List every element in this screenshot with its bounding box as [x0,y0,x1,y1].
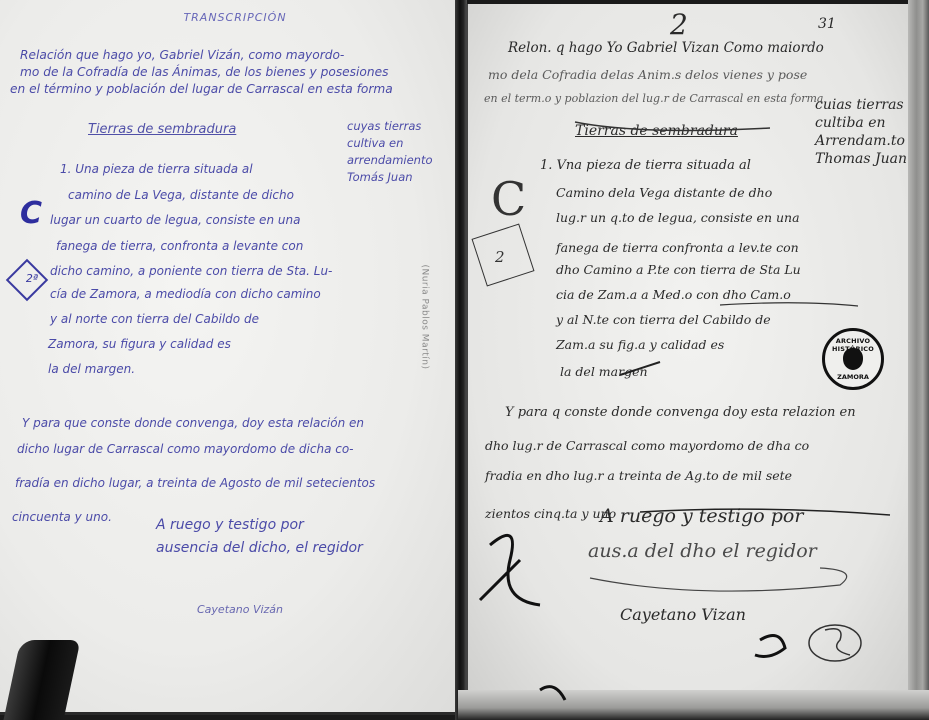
document-spread: TRANSCRIPCIÓN Relación que hago yo, Gabr… [0,0,929,720]
manuscript-flourishes [0,0,929,720]
